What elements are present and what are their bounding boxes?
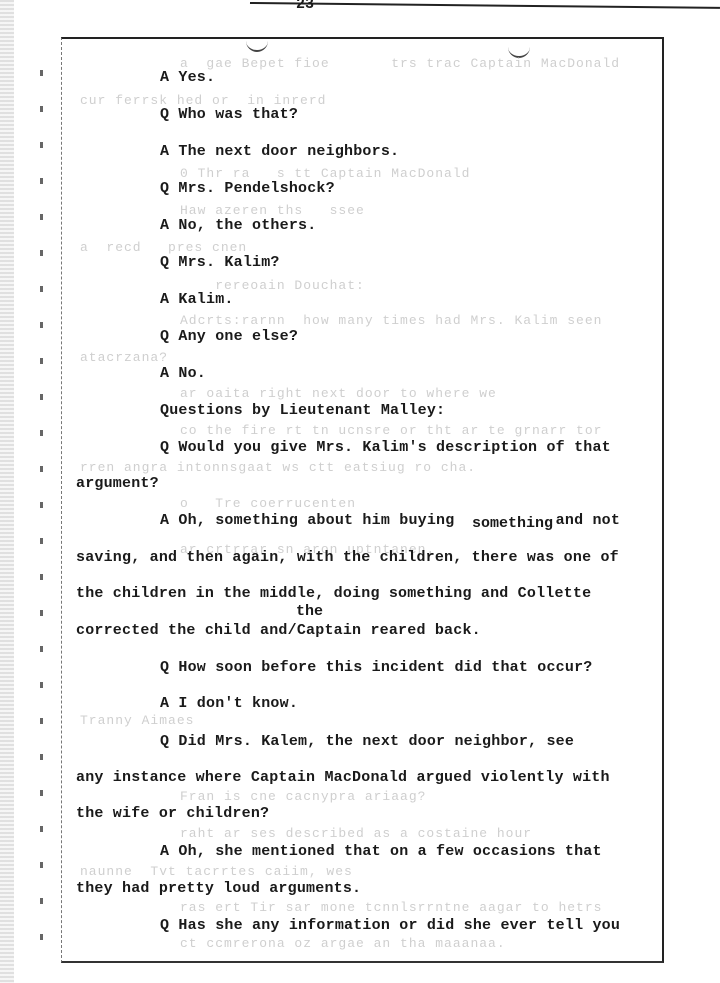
margin-mark	[40, 394, 43, 400]
page-number: 23	[296, 0, 314, 13]
margin-mark	[40, 250, 43, 256]
margin-mark	[40, 322, 43, 328]
transcript-line: Q Mrs. Kalim?	[160, 254, 280, 271]
margin-mark	[40, 70, 43, 76]
transcript-line: Q Did Mrs. Kalem, the next door neighbor…	[160, 733, 574, 750]
inserted-word: the	[296, 603, 323, 620]
margin-mark	[40, 862, 43, 868]
transcript-line: argument?	[76, 475, 159, 492]
transcript-line: A No.	[160, 365, 206, 382]
transcript-line: A No, the others.	[160, 217, 316, 234]
bleed-through-line: Fran is cne cacnypra ariaag?	[180, 789, 426, 804]
margin-mark	[40, 934, 43, 940]
margin-mark	[40, 178, 43, 184]
margin-mark	[40, 898, 43, 904]
bleed-through-line: atacrzana?	[80, 350, 168, 365]
margin-mark	[40, 790, 43, 796]
bleed-through-line: Adcrts:rarnn how many times had Mrs. Kal…	[180, 313, 602, 328]
bleed-through-line: Haw azeren ths ssee	[180, 203, 365, 218]
transcript-line: Q Has she any information or did she eve…	[160, 917, 620, 934]
transcript-line: the wife or children?	[76, 805, 269, 822]
margin-mark	[40, 826, 43, 832]
margin-mark	[40, 502, 43, 508]
transcript-line: A Oh, she mentioned that on a few occasi…	[160, 843, 602, 860]
transcript-line: A The next door neighbors.	[160, 143, 399, 160]
transcript-line: Questions by Lieutenant Malley:	[160, 402, 445, 419]
bleed-through-line: o Tre coerrucenten	[180, 496, 356, 511]
margin-mark	[40, 646, 43, 652]
transcript-line: A Kalim.	[160, 291, 234, 308]
transcript-line: any instance where Captain MacDonald arg…	[76, 769, 610, 786]
bleed-through-line: co the fire rt tn ucnsre or tht ar te gr…	[180, 423, 602, 438]
bleed-through-line: Tranny Aimaes	[80, 713, 194, 728]
bleed-through-line: ct ccmrerona oz argae an tha maaanaa.	[180, 936, 506, 951]
transcript-line: Q Any one else?	[160, 328, 298, 345]
inserted-word: something	[472, 515, 553, 532]
transcript-line: corrected the child and/Captain reared b…	[76, 622, 481, 639]
margin-mark	[40, 574, 43, 580]
transcript-line: they had pretty loud arguments.	[76, 880, 361, 897]
bleed-through-line: a recd pres cnen	[80, 240, 247, 255]
bleed-through-line: rren angra intonnsgaat ws ctt eatsiug ro…	[80, 460, 476, 475]
margin-mark	[40, 286, 43, 292]
scan-edge-strip	[0, 0, 14, 983]
transcript-line: saving, and then again, with the childre…	[76, 549, 619, 566]
bleed-through-line: naunne Tvt tacrrtes caiim, wes	[80, 864, 353, 879]
bleed-through-line: ar oaita right next door to where we	[180, 386, 497, 401]
margin-mark	[40, 430, 43, 436]
transcript-line: Q Would you give Mrs. Kalim's descriptio…	[160, 439, 611, 456]
margin-mark	[40, 214, 43, 220]
transcript-line: Q How soon before this incident did that…	[160, 659, 592, 676]
transcript-line: Q Mrs. Pendelshock?	[160, 180, 335, 197]
transcript-line: the children in the middle, doing someth…	[76, 585, 591, 602]
top-rule	[250, 2, 720, 9]
bleed-through-line: a gae Bepet fioe trs trac Captain MacDon…	[180, 56, 620, 71]
margin-mark	[40, 358, 43, 364]
margin-mark	[40, 682, 43, 688]
transcript-line: Q Who was that?	[160, 106, 298, 123]
bleed-through-line: raht ar ses described as a costaine hour	[180, 826, 532, 841]
margin-mark	[40, 754, 43, 760]
margin-mark	[40, 106, 43, 112]
margin-mark	[40, 610, 43, 616]
margin-mark	[40, 538, 43, 544]
transcript-line: A I don't know.	[160, 695, 298, 712]
bleed-through-line: 0 Thr ra s tt Captain MacDonald	[180, 166, 470, 181]
margin-mark	[40, 466, 43, 472]
margin-mark	[40, 142, 43, 148]
bleed-through-line: ras ert Tir sar mone tcnnlsrrntne aagar …	[180, 900, 602, 915]
transcript-line: A Yes.	[160, 69, 215, 86]
margin-mark	[40, 718, 43, 724]
